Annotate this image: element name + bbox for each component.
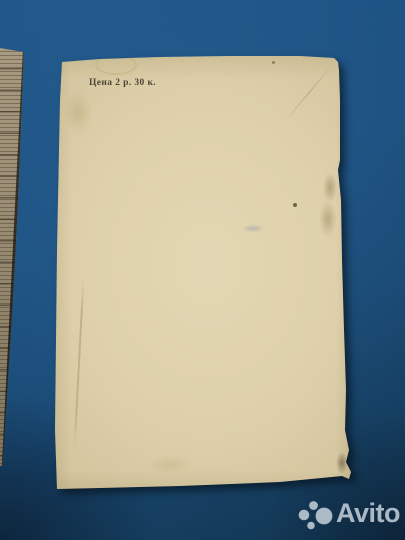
blue-smudge (238, 223, 268, 234)
price-text: Цена 2 р. 30 к. (89, 78, 156, 88)
ruler-edge-shadow (1, 48, 26, 488)
ring-stain (95, 55, 137, 75)
small-speck (272, 61, 275, 64)
bottom-right-tear-shadow (334, 448, 350, 478)
bottom-stain (140, 452, 200, 478)
right-edge-stain (318, 170, 340, 240)
avito-dots-icon (296, 497, 333, 531)
ruler (0, 48, 26, 466)
dark-speck (293, 203, 297, 207)
left-stain (58, 82, 98, 142)
corner-crease (284, 61, 336, 123)
photo-scene: Цена 2 р. 30 к. Avito (0, 0, 405, 540)
book-back-cover: Цена 2 р. 30 к. (50, 52, 354, 492)
avito-watermark: Avito (296, 495, 400, 533)
avito-logo-text: Avito (336, 500, 400, 529)
water-stain-line (74, 278, 85, 448)
paper-wrapper: Цена 2 р. 30 к. (50, 52, 354, 492)
